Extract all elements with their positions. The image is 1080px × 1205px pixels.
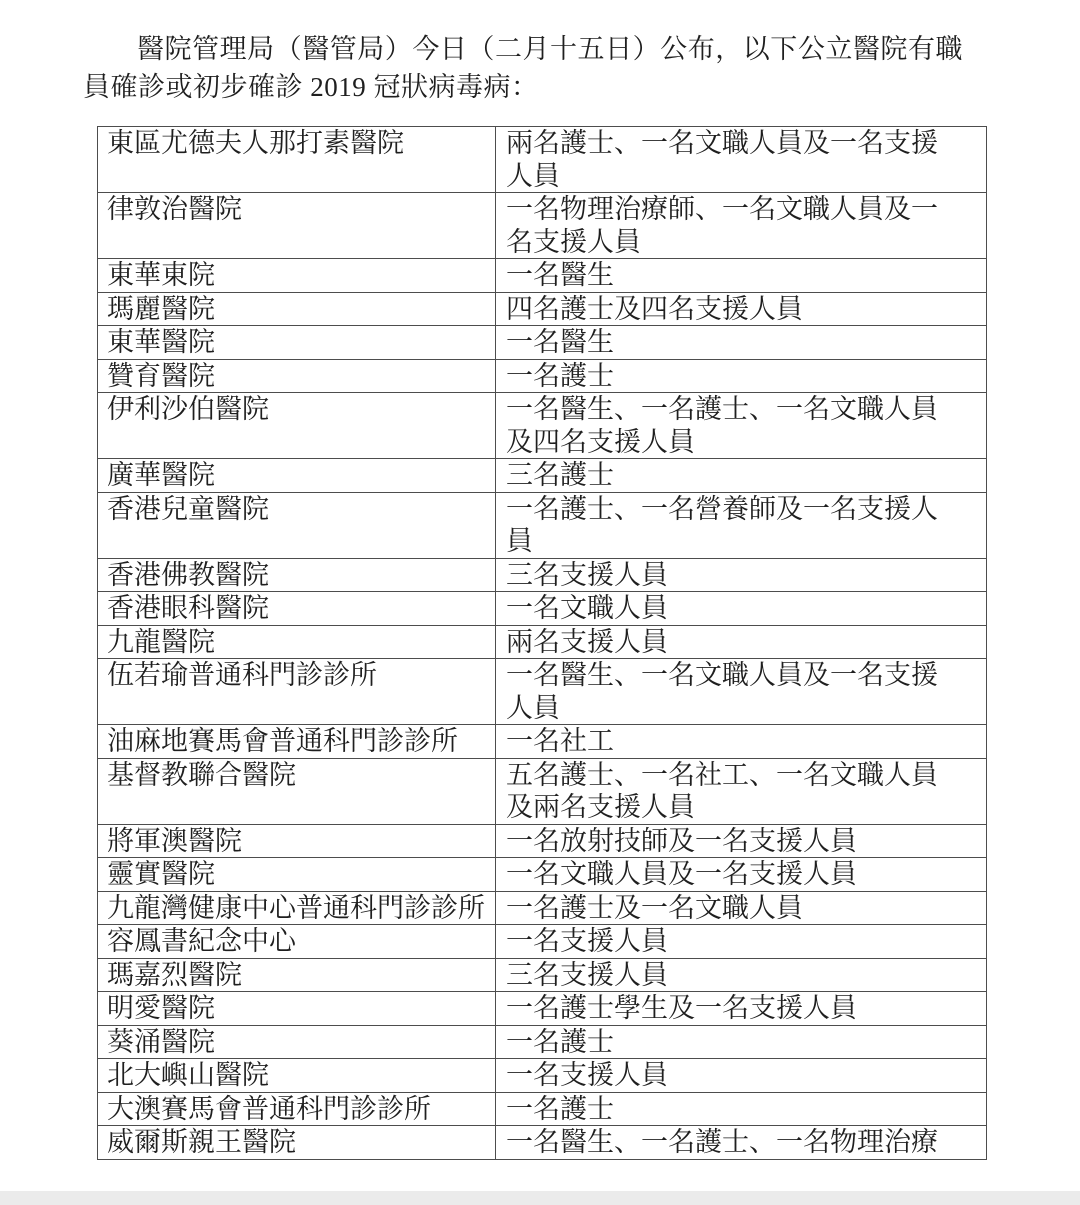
staff-cases-cell: 一名支援人員 — [496, 925, 987, 959]
hospital-name-cell: 贊育醫院 — [98, 359, 496, 393]
staff-cases-cell: 三名護士 — [496, 459, 987, 493]
table-row: 油麻地賽馬會普通科門診診所 一名社工 — [98, 725, 987, 759]
hospital-name-cell: 東區尤德夫人那打素醫院 — [98, 127, 496, 193]
staff-cases-cell: 一名文職人員及一名支援人員 — [496, 858, 987, 892]
hospital-name-cell: 大澳賽馬會普通科門診診所 — [98, 1092, 496, 1126]
staff-cases-cell: 一名文職人員 — [496, 592, 987, 626]
staff-cases-cell: 一名護士、一名營養師及一名支援人員 — [496, 492, 987, 558]
table-row: 將軍澳醫院 一名放射技師及一名支援人員 — [98, 824, 987, 858]
hospital-cases-table: 東區尤德夫人那打素醫院 兩名護士、一名文職人員及一名支援人員 律敦治醫院 一名物… — [97, 126, 987, 1160]
hospital-name-cell: 伊利沙伯醫院 — [98, 393, 496, 459]
staff-cases-cell: 一名醫生、一名文職人員及一名支援人員 — [496, 659, 987, 725]
table-row: 基督教聯合醫院 五名護士、一名社工、一名文職人員及兩名支援人員 — [98, 758, 987, 824]
staff-cases-cell: 五名護士、一名社工、一名文職人員及兩名支援人員 — [496, 758, 987, 824]
hospital-name-cell: 容鳳書紀念中心 — [98, 925, 496, 959]
staff-cases-cell: 四名護士及四名支援人員 — [496, 292, 987, 326]
table-row: 九龍醫院 兩名支援人員 — [98, 625, 987, 659]
staff-cases-cell: 一名放射技師及一名支援人員 — [496, 824, 987, 858]
table-row: 廣華醫院 三名護士 — [98, 459, 987, 493]
staff-cases-cell: 一名護士 — [496, 1025, 987, 1059]
hospital-name-cell: 明愛醫院 — [98, 992, 496, 1026]
staff-cases-cell: 一名支援人員 — [496, 1059, 987, 1093]
hospital-name-cell: 香港佛教醫院 — [98, 558, 496, 592]
staff-cases-cell: 一名醫生、一名護士、一名文職人員及四名支援人員 — [496, 393, 987, 459]
table-row: 葵涌醫院 一名護士 — [98, 1025, 987, 1059]
staff-cases-cell: 三名支援人員 — [496, 558, 987, 592]
table-row: 香港佛教醫院 三名支援人員 — [98, 558, 987, 592]
page-bottom-gutter — [0, 1191, 1080, 1205]
hospital-name-cell: 靈實醫院 — [98, 858, 496, 892]
table-row: 大澳賽馬會普通科門診診所 一名護士 — [98, 1092, 987, 1126]
table-row: 香港眼科醫院 一名文職人員 — [98, 592, 987, 626]
table-row: 伍若瑜普通科門診診所 一名醫生、一名文職人員及一名支援人員 — [98, 659, 987, 725]
table-row: 瑪嘉烈醫院 三名支援人員 — [98, 958, 987, 992]
staff-cases-cell: 一名醫生 — [496, 326, 987, 360]
hospital-table-body: 東區尤德夫人那打素醫院 兩名護士、一名文職人員及一名支援人員 律敦治醫院 一名物… — [98, 127, 987, 1160]
table-row: 瑪麗醫院 四名護士及四名支援人員 — [98, 292, 987, 326]
staff-cases-cell: 一名醫生、一名護士、一名物理治療 — [496, 1126, 987, 1160]
table-row: 贊育醫院 一名護士 — [98, 359, 987, 393]
table-row: 律敦治醫院 一名物理治療師、一名文職人員及一名支援人員 — [98, 193, 987, 259]
staff-cases-cell: 一名護士及一名文職人員 — [496, 891, 987, 925]
staff-cases-cell: 一名護士學生及一名支援人員 — [496, 992, 987, 1026]
hospital-name-cell: 廣華醫院 — [98, 459, 496, 493]
intro-paragraph: 醫院管理局（醫管局）今日（二月十五日）公布，以下公立醫院有職員確診或初步確診 2… — [83, 30, 963, 106]
table-row: 北大嶼山醫院 一名支援人員 — [98, 1059, 987, 1093]
staff-cases-cell: 一名醫生 — [496, 259, 987, 293]
table-row: 靈實醫院 一名文職人員及一名支援人員 — [98, 858, 987, 892]
document-page: 醫院管理局（醫管局）今日（二月十五日）公布，以下公立醫院有職員確診或初步確診 2… — [0, 0, 1080, 1205]
table-row: 九龍灣健康中心普通科門診診所 一名護士及一名文職人員 — [98, 891, 987, 925]
hospital-name-cell: 九龍醫院 — [98, 625, 496, 659]
hospital-name-cell: 北大嶼山醫院 — [98, 1059, 496, 1093]
hospital-name-cell: 東華東院 — [98, 259, 496, 293]
hospital-name-cell: 東華醫院 — [98, 326, 496, 360]
hospital-name-cell: 基督教聯合醫院 — [98, 758, 496, 824]
table-row: 容鳳書紀念中心 一名支援人員 — [98, 925, 987, 959]
hospital-name-cell: 油麻地賽馬會普通科門診診所 — [98, 725, 496, 759]
table-row: 東區尤德夫人那打素醫院 兩名護士、一名文職人員及一名支援人員 — [98, 127, 987, 193]
staff-cases-cell: 一名護士 — [496, 1092, 987, 1126]
hospital-name-cell: 葵涌醫院 — [98, 1025, 496, 1059]
hospital-name-cell: 九龍灣健康中心普通科門診診所 — [98, 891, 496, 925]
table-row: 東華醫院 一名醫生 — [98, 326, 987, 360]
hospital-name-cell: 伍若瑜普通科門診診所 — [98, 659, 496, 725]
table-row: 威爾斯親王醫院 一名醫生、一名護士、一名物理治療 — [98, 1126, 987, 1160]
hospital-name-cell: 威爾斯親王醫院 — [98, 1126, 496, 1160]
hospital-name-cell: 將軍澳醫院 — [98, 824, 496, 858]
staff-cases-cell: 兩名護士、一名文職人員及一名支援人員 — [496, 127, 987, 193]
hospital-name-cell: 律敦治醫院 — [98, 193, 496, 259]
staff-cases-cell: 兩名支援人員 — [496, 625, 987, 659]
hospital-name-cell: 瑪嘉烈醫院 — [98, 958, 496, 992]
table-row: 香港兒童醫院 一名護士、一名營養師及一名支援人員 — [98, 492, 987, 558]
staff-cases-cell: 三名支援人員 — [496, 958, 987, 992]
staff-cases-cell: 一名社工 — [496, 725, 987, 759]
table-row: 東華東院 一名醫生 — [98, 259, 987, 293]
hospital-name-cell: 瑪麗醫院 — [98, 292, 496, 326]
hospital-name-cell: 香港兒童醫院 — [98, 492, 496, 558]
hospital-name-cell: 香港眼科醫院 — [98, 592, 496, 626]
table-row: 明愛醫院 一名護士學生及一名支援人員 — [98, 992, 987, 1026]
staff-cases-cell: 一名物理治療師、一名文職人員及一名支援人員 — [496, 193, 987, 259]
table-row: 伊利沙伯醫院 一名醫生、一名護士、一名文職人員及四名支援人員 — [98, 393, 987, 459]
staff-cases-cell: 一名護士 — [496, 359, 987, 393]
